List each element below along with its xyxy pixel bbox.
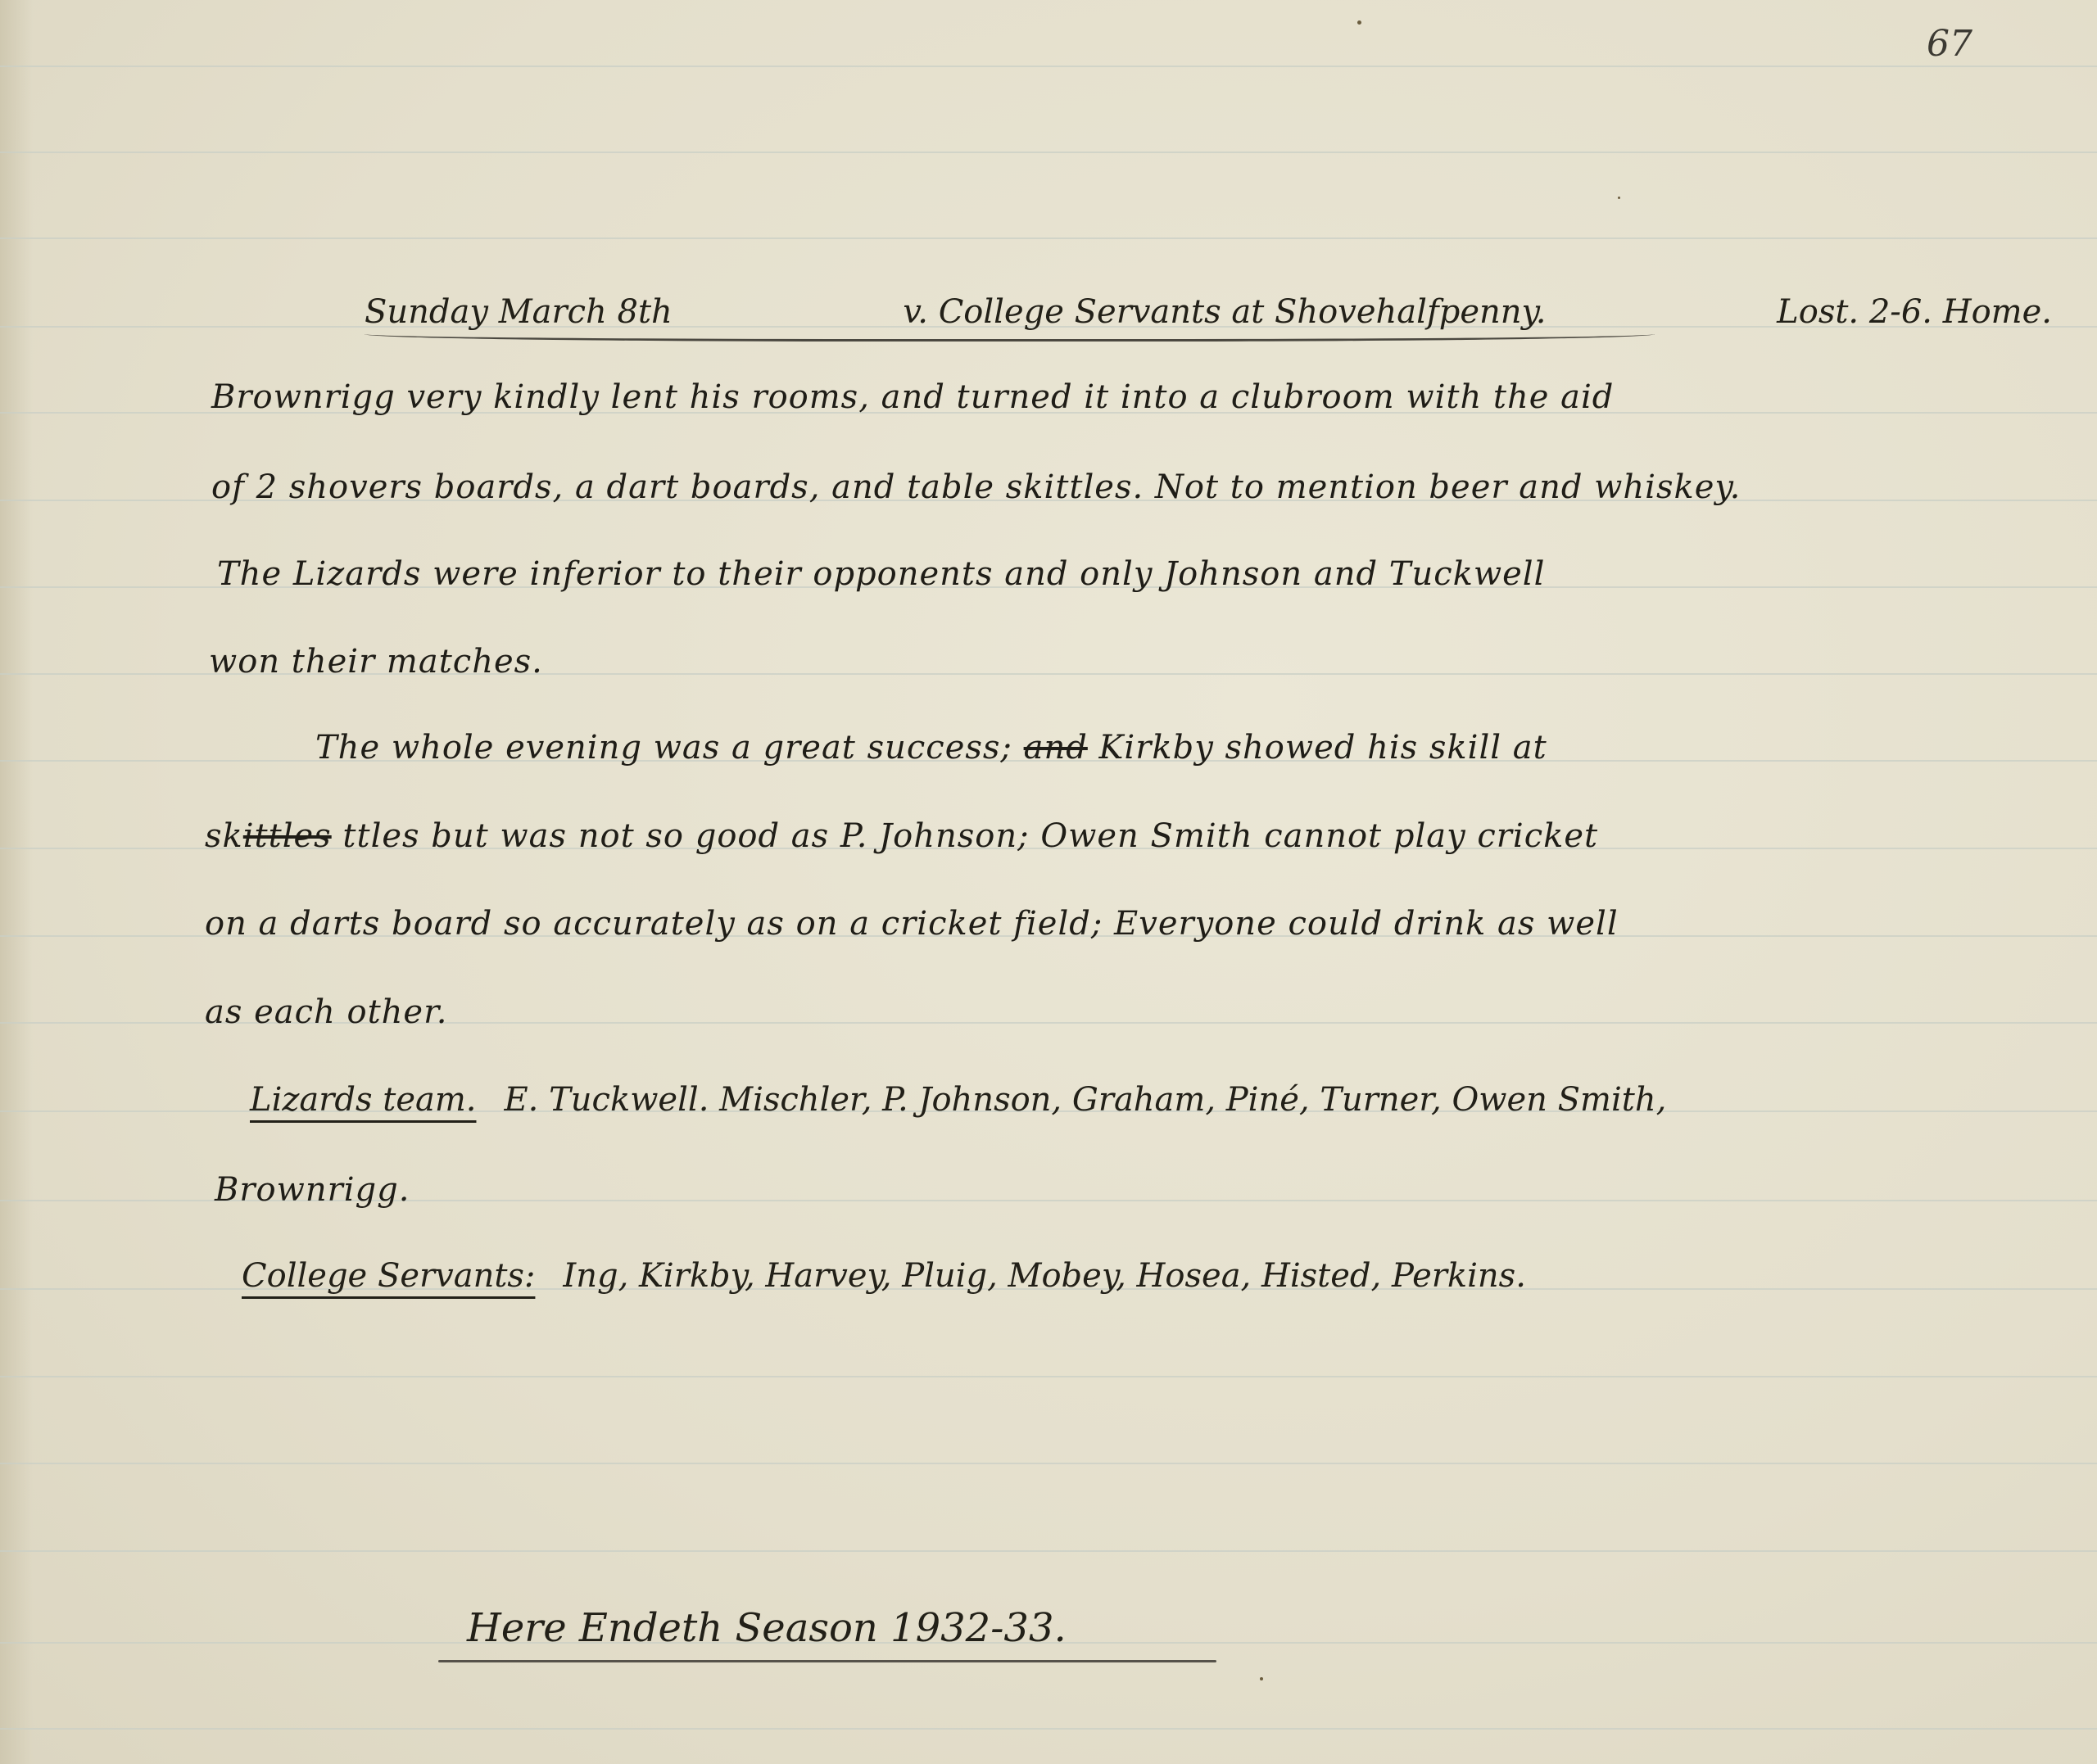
paragraph2-line: as each other. [205, 993, 448, 1031]
paragraph2-line: skittles ttles but was not so good as P.… [205, 817, 1598, 855]
notebook-page: 67 Sunday March 8th v. College Servants … [0, 0, 2097, 1764]
text: Kirkby showed his skill at [1099, 729, 1547, 767]
text: sk [205, 817, 243, 855]
struck-text: ittles [243, 817, 332, 855]
paragraph1-line: The Lizards were inferior to their oppon… [217, 555, 1545, 593]
ruled-line [0, 1463, 2097, 1464]
struck-text: and [1024, 729, 1088, 767]
college-servants-label: College Servants: [242, 1257, 535, 1295]
match-opponent: v. College Servants at Shovehalfpenny. [903, 293, 1546, 331]
ruled-line [0, 237, 2097, 239]
ruled-line [0, 1728, 2097, 1730]
paragraph1-line: Brownrigg very kindly lent his rooms, an… [211, 378, 1614, 416]
paragraph1-line: won their matches. [209, 643, 543, 681]
ruled-line [0, 152, 2097, 153]
lizards-team-players-cont: Brownrigg. [215, 1171, 410, 1209]
spine-shadow [0, 0, 33, 1764]
college-servants-players: Ing, Kirkby, Harvey, Pluig, Mobey, Hosea… [563, 1257, 1526, 1295]
match-date: Sunday March 8th [365, 293, 673, 331]
paragraph1-line: of 2 shovers boards, a dart boards, and … [211, 468, 1741, 506]
college-servants-row: College Servants: Ing, Kirkby, Harvey, P… [242, 1257, 1526, 1295]
ruled-line [0, 1550, 2097, 1552]
paragraph2-line: on a darts board so accurately as on a c… [205, 905, 1619, 943]
paper-speck [1357, 20, 1361, 25]
paper-speck [1618, 197, 1620, 199]
paragraph2-line: The whole evening was a great success; a… [315, 729, 1547, 767]
lizards-team-row: Lizards team. E. Tuckwell. Mischler, P. … [250, 1081, 1666, 1119]
heading-underline [365, 334, 1655, 341]
paper-speck [1260, 1677, 1263, 1680]
text: The whole evening was a great success; [315, 729, 1012, 767]
match-heading: Sunday March 8th v. College Servants at … [365, 293, 2052, 331]
closing-underline [438, 1660, 1216, 1662]
ruled-line [0, 66, 2097, 67]
text: ttles but was not so good as P. Johnson;… [342, 817, 1598, 855]
ruled-line [0, 1376, 2097, 1377]
match-result: Lost. 2-6. Home. [1777, 293, 2052, 331]
lizards-team-players: E. Tuckwell. Mischler, P. Johnson, Graha… [504, 1081, 1666, 1119]
lizards-team-label: Lizards team. [250, 1081, 476, 1119]
page-number: 67 [1927, 23, 1972, 65]
season-closing: Here Endeth Season 1932-33. [467, 1605, 1067, 1651]
